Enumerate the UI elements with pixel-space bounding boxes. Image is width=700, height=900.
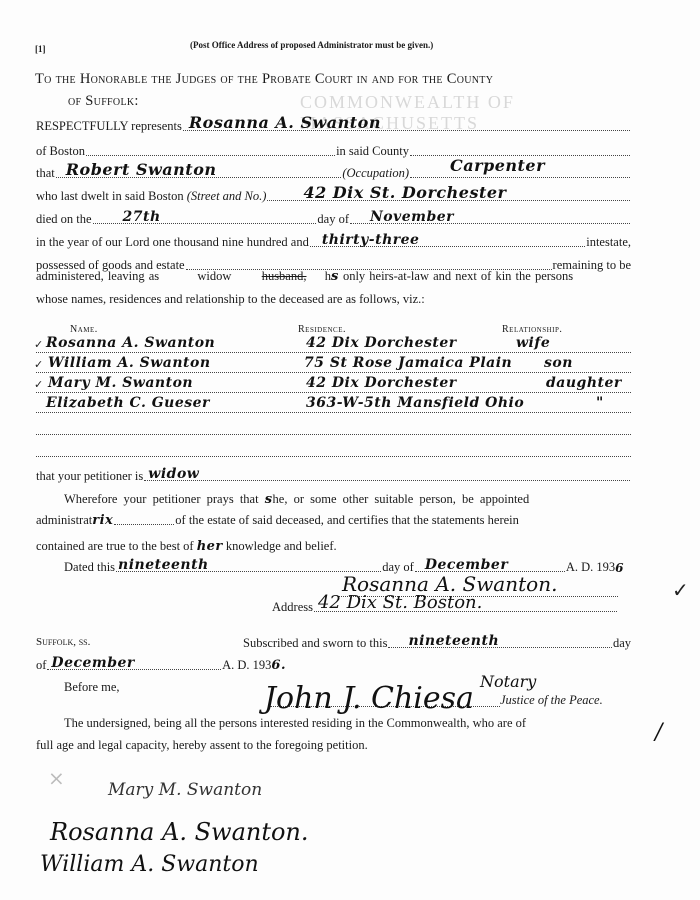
assent-signature-mary: Mary M. Swanton xyxy=(108,780,262,800)
page-marker: [1] xyxy=(35,44,46,54)
administratrix-row: administratrix of the estate of said dec… xyxy=(36,510,631,528)
petitioner-status: widow xyxy=(148,466,199,482)
deceased-address: 42 Dix St. Dorchester xyxy=(303,183,506,202)
kin-residence: 42 Dix Dorchester xyxy=(306,375,457,391)
contained-text-cont: knowledge and belief. xyxy=(226,539,337,553)
represents-row: RESPECTFULLY represents Rosanna A. Swant… xyxy=(36,116,631,134)
dated-month: December xyxy=(425,557,508,573)
wherefore-line: Wherefore your petitioner prays that she… xyxy=(64,492,529,507)
kin-residence: 75 St Rose Jamaica Plain xyxy=(304,355,512,371)
whose-names-line: whose names, residences and relationship… xyxy=(36,292,425,307)
assent-text-line-1: The undersigned, being all the persons i… xyxy=(64,716,526,731)
petitioner-is-label: that your petitioner is xyxy=(36,469,143,484)
heirs-text: only heirs-at-law and next of kin the pe… xyxy=(343,269,573,283)
check-mark-icon: ✓ xyxy=(34,378,43,391)
that-label: that xyxy=(36,166,55,181)
petitioner-status-row: that your petitioner is widow xyxy=(36,466,631,484)
dwelt-label: who last dwelt in said Boston xyxy=(36,189,184,204)
kin-row: Elizabeth C. Gueser 363-W-5th Mansfield … xyxy=(36,394,631,413)
kin-row-empty xyxy=(36,416,631,435)
estate-text: of the estate of said deceased, and cert… xyxy=(175,513,519,528)
street-label: (Street and No.) xyxy=(187,189,267,204)
probate-petition-document: COMMONWEALTH OF MASSACHUSETTS [1] (Post … xyxy=(0,0,700,900)
county-venue-label: Suffolk, ss. xyxy=(36,636,90,648)
kin-row: ✓ Mary M. Swanton 42 Dix Dorchester daug… xyxy=(36,374,631,393)
margin-mark: / xyxy=(655,720,662,745)
heading-line-2: of Suffolk: xyxy=(68,93,139,110)
wherefore-text-cont: he, or some other suitable person, be ap… xyxy=(273,492,530,506)
intestate-label: intestate, xyxy=(586,235,631,250)
kin-row-empty xyxy=(36,438,631,457)
petitioner-address: 42 Dix St. Boston. xyxy=(318,592,482,613)
his-handwritten-suffix: s xyxy=(331,269,339,284)
her-handwritten-mark: her xyxy=(197,539,223,554)
administered-line: administered, leaving as widow husband, … xyxy=(36,269,573,284)
kin-name: Mary M. Swanton xyxy=(48,375,193,391)
dated-label: Dated this xyxy=(64,560,115,575)
county-label: in said County xyxy=(336,144,409,159)
contained-text: contained are true to the best of xyxy=(36,539,194,553)
dated-ad-label: A. D. 193 xyxy=(566,560,615,575)
kin-name: William A. Swanton xyxy=(48,355,211,371)
sworn-day-label: day xyxy=(613,636,631,651)
sworn-row: Subscribed and sworn to this nineteenth … xyxy=(243,633,631,651)
check-mark-icon: ✓ xyxy=(34,358,43,371)
kin-residence: 42 Dix Dorchester xyxy=(306,335,457,351)
death-month: November xyxy=(370,209,454,225)
husband-option-struck: husband, xyxy=(262,269,307,283)
address-row: who last dwelt in said Boston (Street an… xyxy=(36,186,631,204)
sworn-label: Subscribed and sworn to this xyxy=(243,636,387,651)
sworn-of-label: of xyxy=(36,658,46,673)
assent-signature-rosanna: Rosanna A. Swanton. xyxy=(50,818,309,846)
day-of-label: day of xyxy=(317,212,349,227)
struck-x-mark: × xyxy=(48,766,65,790)
she-handwritten-mark: s xyxy=(265,492,273,507)
officer-signature: John J. Chiesa xyxy=(264,681,474,716)
heading-line-1: To the Honorable the Judges of the Proba… xyxy=(35,71,493,88)
petitioner-name: Rosanna A. Swanton xyxy=(189,113,381,132)
sworn-year-digit: 6. xyxy=(271,658,286,673)
administrat-suffix: rix xyxy=(92,513,113,528)
address-label: Address xyxy=(272,600,313,615)
kin-name: Elizabeth C. Gueser xyxy=(46,395,210,411)
assent-signature-william: William A. Swanton xyxy=(40,852,259,877)
occupation-value: Carpenter xyxy=(450,156,545,175)
kin-relationship: daughter xyxy=(546,375,622,391)
wherefore-text: Wherefore your petitioner prays that xyxy=(64,492,259,506)
check-mark-icon: ✓ xyxy=(34,338,43,351)
kin-relationship: " xyxy=(596,395,604,411)
death-year-row: in the year of our Lord one thousand nin… xyxy=(36,232,631,250)
occupation-label: (Occupation) xyxy=(342,166,409,181)
dated-year-digit: 6 xyxy=(615,561,624,575)
died-label: died on the xyxy=(36,212,92,227)
petitioner-address-row: Address 42 Dix St. Boston. xyxy=(272,597,618,615)
represents-label: RESPECTFULLY represents xyxy=(36,119,182,134)
widow-option: widow xyxy=(197,269,231,283)
officer-title-handwritten: Notary xyxy=(480,672,536,691)
sworn-month-row: of December A. D. 1936. xyxy=(36,655,286,673)
administered-label: administered, leaving as xyxy=(36,269,159,283)
sworn-month: December xyxy=(51,655,134,671)
year-label: in the year of our Lord one thousand nin… xyxy=(36,235,309,250)
before-me-label: Before me, xyxy=(64,680,120,695)
death-year-words: thirty-three xyxy=(322,232,420,248)
check-mark-icon: ✓ xyxy=(672,578,689,602)
administrat-label: administrat xyxy=(36,513,92,528)
death-date-row: died on the 27th day of November xyxy=(36,209,631,227)
assent-text-line-2: full age and legal capacity, hereby asse… xyxy=(36,738,368,753)
sworn-ad-label: A. D. 193 xyxy=(222,658,271,673)
deceased-name: Robert Swanton xyxy=(66,160,217,179)
kin-name: Rosanna A. Swanton xyxy=(46,335,215,351)
officer-signature-line: John J. Chiesa xyxy=(270,688,500,707)
kin-relationship: wife xyxy=(516,335,550,351)
notice-text: (Post Office Address of proposed Adminis… xyxy=(190,40,433,50)
of-boston-label: of Boston xyxy=(36,144,85,159)
kin-row: ✓ Rosanna A. Swanton 42 Dix Dorchester w… xyxy=(36,334,631,353)
kin-residence: 363-W-5th Mansfield Ohio xyxy=(306,395,524,411)
justice-label: Justice of the Peace. xyxy=(500,693,603,708)
sworn-day: nineteenth xyxy=(408,633,499,649)
contained-line: contained are true to the best of her kn… xyxy=(36,539,337,554)
deceased-row: that Robert Swanton (Occupation) Carpent… xyxy=(36,163,631,181)
kin-row: ✓ William A. Swanton 75 St Rose Jamaica … xyxy=(36,354,631,373)
death-day: 27th xyxy=(123,209,161,225)
dated-day: nineteenth xyxy=(118,557,209,573)
kin-relationship: son xyxy=(544,355,573,371)
